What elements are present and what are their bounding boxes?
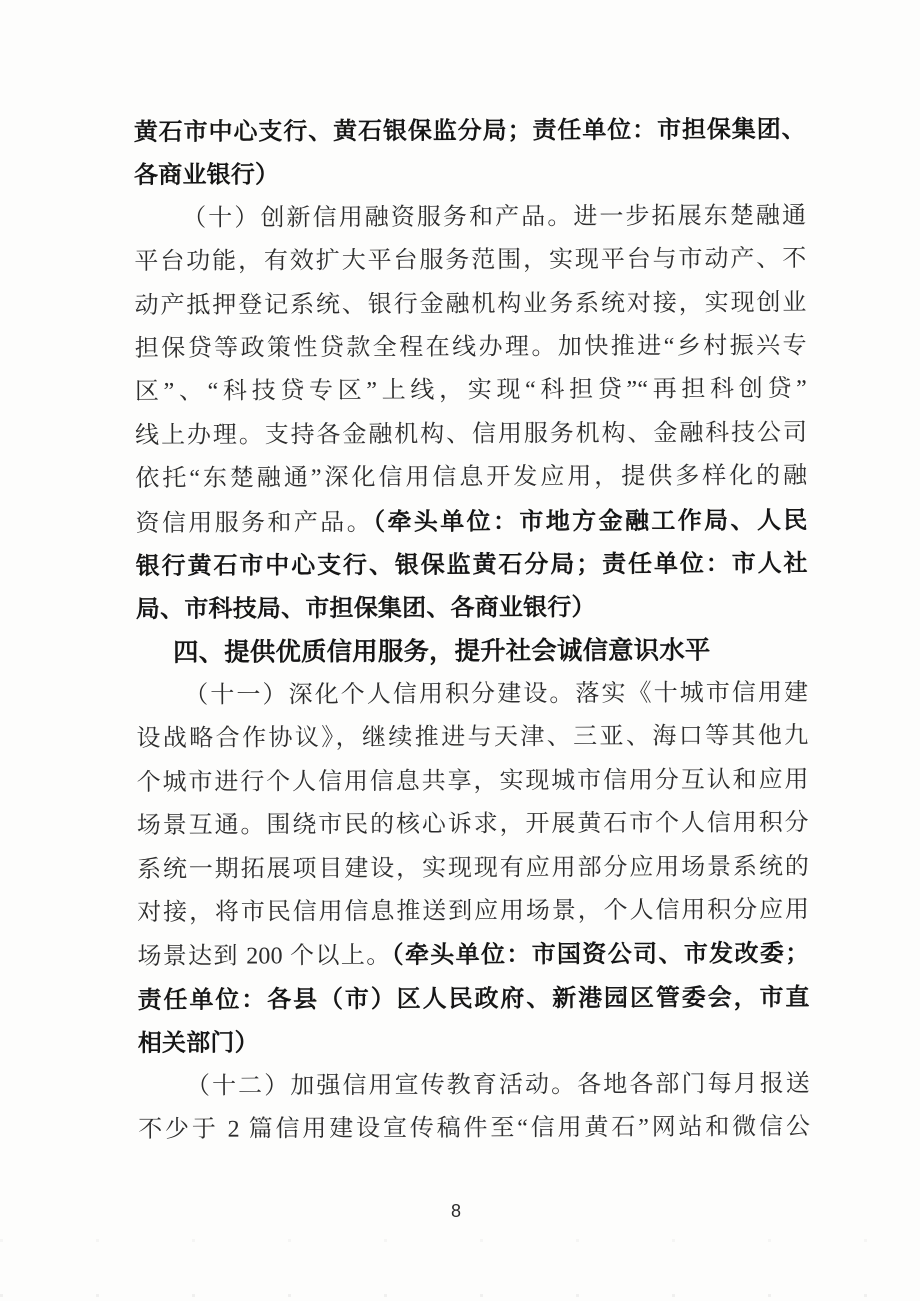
text-run: 系统一期拓展项目建设，实现现有应用部分应用场景系统的 xyxy=(137,854,809,883)
text-line: 依托“东楚融通”深化信用信息开发应用，提供多样化的融 xyxy=(135,455,807,501)
text-line: 平台功能，有效扩大平台服务范围，实现平台与市动产、不 xyxy=(134,238,806,284)
text-run: 对接，将市民信用信息推送到应用场景，个人信用积分应用 xyxy=(137,897,809,926)
text-run-bold: 责任单位：各县（市）区人民政府、新港园区管委会，市直 xyxy=(138,984,810,1014)
text-line: 个城市进行个人信用信息共享，实现城市信用分互认和应用 xyxy=(137,759,809,805)
text-line: 区”、“科技贷专区”上线，实现“科担贷”“再担科创贷” xyxy=(135,368,807,414)
text-line: 资信用服务和产品。（牵头单位：市地方金融工作局、人民 xyxy=(135,499,807,545)
text-run: （十二）加强信用宣传教育活动。各地各部门每月报送 xyxy=(186,1071,810,1100)
text-line: 系统一期拓展项目建设，实现现有应用部分应用场景系统的 xyxy=(137,846,809,892)
text-line: 局、市科技局、市担保集团、各商业银行） xyxy=(136,585,808,631)
text-run: 区”、“科技贷专区”上线，实现“科担贷”“再担科创贷” xyxy=(135,376,807,405)
text-line: 对接，将市民信用信息推送到应用场景，个人信用积分应用 xyxy=(137,889,809,935)
text-run-bold: 局、市科技局、市担保集团、各商业银行） xyxy=(136,594,596,623)
scan-speckle-artifact xyxy=(0,1294,920,1297)
text-run-bold: （牵头单位：市地方金融工作局、人民 xyxy=(373,507,808,536)
text-run: （十一）深化个人信用积分建设。落实《十城市信用建 xyxy=(184,680,808,709)
text-line: 不少于 2 篇信用建设宣传稿件至“信用黄石”网站和微信公 xyxy=(138,1106,810,1152)
text-line: 动产抵押登记系统、银行金融机构业务系统对接，实现创业 xyxy=(134,282,806,328)
text-line: 银行黄石市中心支行、银保监黄石分局；责任单位：市人社 xyxy=(136,542,808,588)
text-line: （十二）加强信用宣传教育活动。各地各部门每月报送 xyxy=(138,1063,810,1109)
text-line: 担保贷等政策性贷款全程在线办理。加快推进“乡村振兴专 xyxy=(135,325,807,371)
text-run: 设战略合作协议》，继续推进与天津、三亚、海口等其他九 xyxy=(136,724,808,753)
text-line: （十）创新信用融资服务和产品。进一步拓展东楚融通 xyxy=(134,195,806,241)
text-line: 线上办理。支持各金融机构、信用服务机构、金融科技公司 xyxy=(135,412,807,458)
text-line: 各商业银行） xyxy=(134,151,806,197)
text-run: 场景互通。围绕市民的核心诉求，开展黄石市个人信用积分 xyxy=(137,810,809,839)
document-body: 黄石市中心支行、黄石银保监分局；责任单位：市担保集团、 各商业银行） （十）创新… xyxy=(134,108,811,1152)
text-line: 设战略合作协议》，继续推进与天津、三亚、海口等其他九 xyxy=(136,716,808,762)
text-run: 动产抵押登记系统、银行金融机构业务系统对接，实现创业 xyxy=(135,290,807,319)
page-number: 8 xyxy=(0,1199,912,1223)
text-line: 场景互通。围绕市民的核心诉求，开展黄石市个人信用积分 xyxy=(137,802,809,848)
text-run: 依托“东楚融通”深化信用信息开发应用，提供多样化的融 xyxy=(135,463,807,492)
text-run: 担保贷等政策性贷款全程在线办理。加快推进“乡村振兴专 xyxy=(135,333,807,362)
text-run-bold: （牵头单位：市国资公司、市发改委； xyxy=(391,940,809,969)
text-run: 不少于 2 篇信用建设宣传稿件至“信用黄石”网站和微信公 xyxy=(138,1114,810,1143)
document-page: 黄石市中心支行、黄石银保监分局；责任单位：市担保集团、 各商业银行） （十）创新… xyxy=(0,0,920,1301)
text-line: （十一）深化个人信用积分建设。落实《十城市信用建 xyxy=(136,672,808,718)
text-run: 场景达到 200 个以上。 xyxy=(137,943,391,970)
text-line: 场景达到 200 个以上。（牵头单位：市国资公司、市发改委； xyxy=(137,932,809,978)
text-run-bold: 银行黄石市中心支行、银保监黄石分局；责任单位：市人社 xyxy=(136,550,808,580)
scan-speckle-artifact xyxy=(0,1239,920,1242)
text-run: （十）创新信用融资服务和产品。进一步拓展东楚融通 xyxy=(182,203,806,232)
text-run: 线上办理。支持各金融机构、信用服务机构、金融科技公司 xyxy=(135,420,807,449)
text-run: 资信用服务和产品。 xyxy=(135,509,373,536)
section-heading: 四、提供优质信用服务，提升社会诚信意识水平 xyxy=(136,629,808,675)
heading-text: 四、提供优质信用服务，提升社会诚信意识水平 xyxy=(173,636,711,666)
text-run: 平台功能，有效扩大平台服务范围，实现平台与市动产、不 xyxy=(134,246,806,275)
text-run-bold: 黄石市中心支行、黄石银保监分局；责任单位：市担保集团、 xyxy=(134,116,806,146)
text-run-bold: 各商业银行） xyxy=(134,162,279,190)
text-line: 相关部门） xyxy=(138,1019,810,1065)
text-run-bold: 相关部门） xyxy=(138,1030,259,1058)
text-line: 责任单位：各县（市）区人民政府、新港园区管委会，市直 xyxy=(138,976,810,1022)
text-line: 黄石市中心支行、黄石银保监分局；责任单位：市担保集团、 xyxy=(134,108,806,154)
text-run: 个城市进行个人信用信息共享，实现城市信用分互认和应用 xyxy=(137,767,809,796)
